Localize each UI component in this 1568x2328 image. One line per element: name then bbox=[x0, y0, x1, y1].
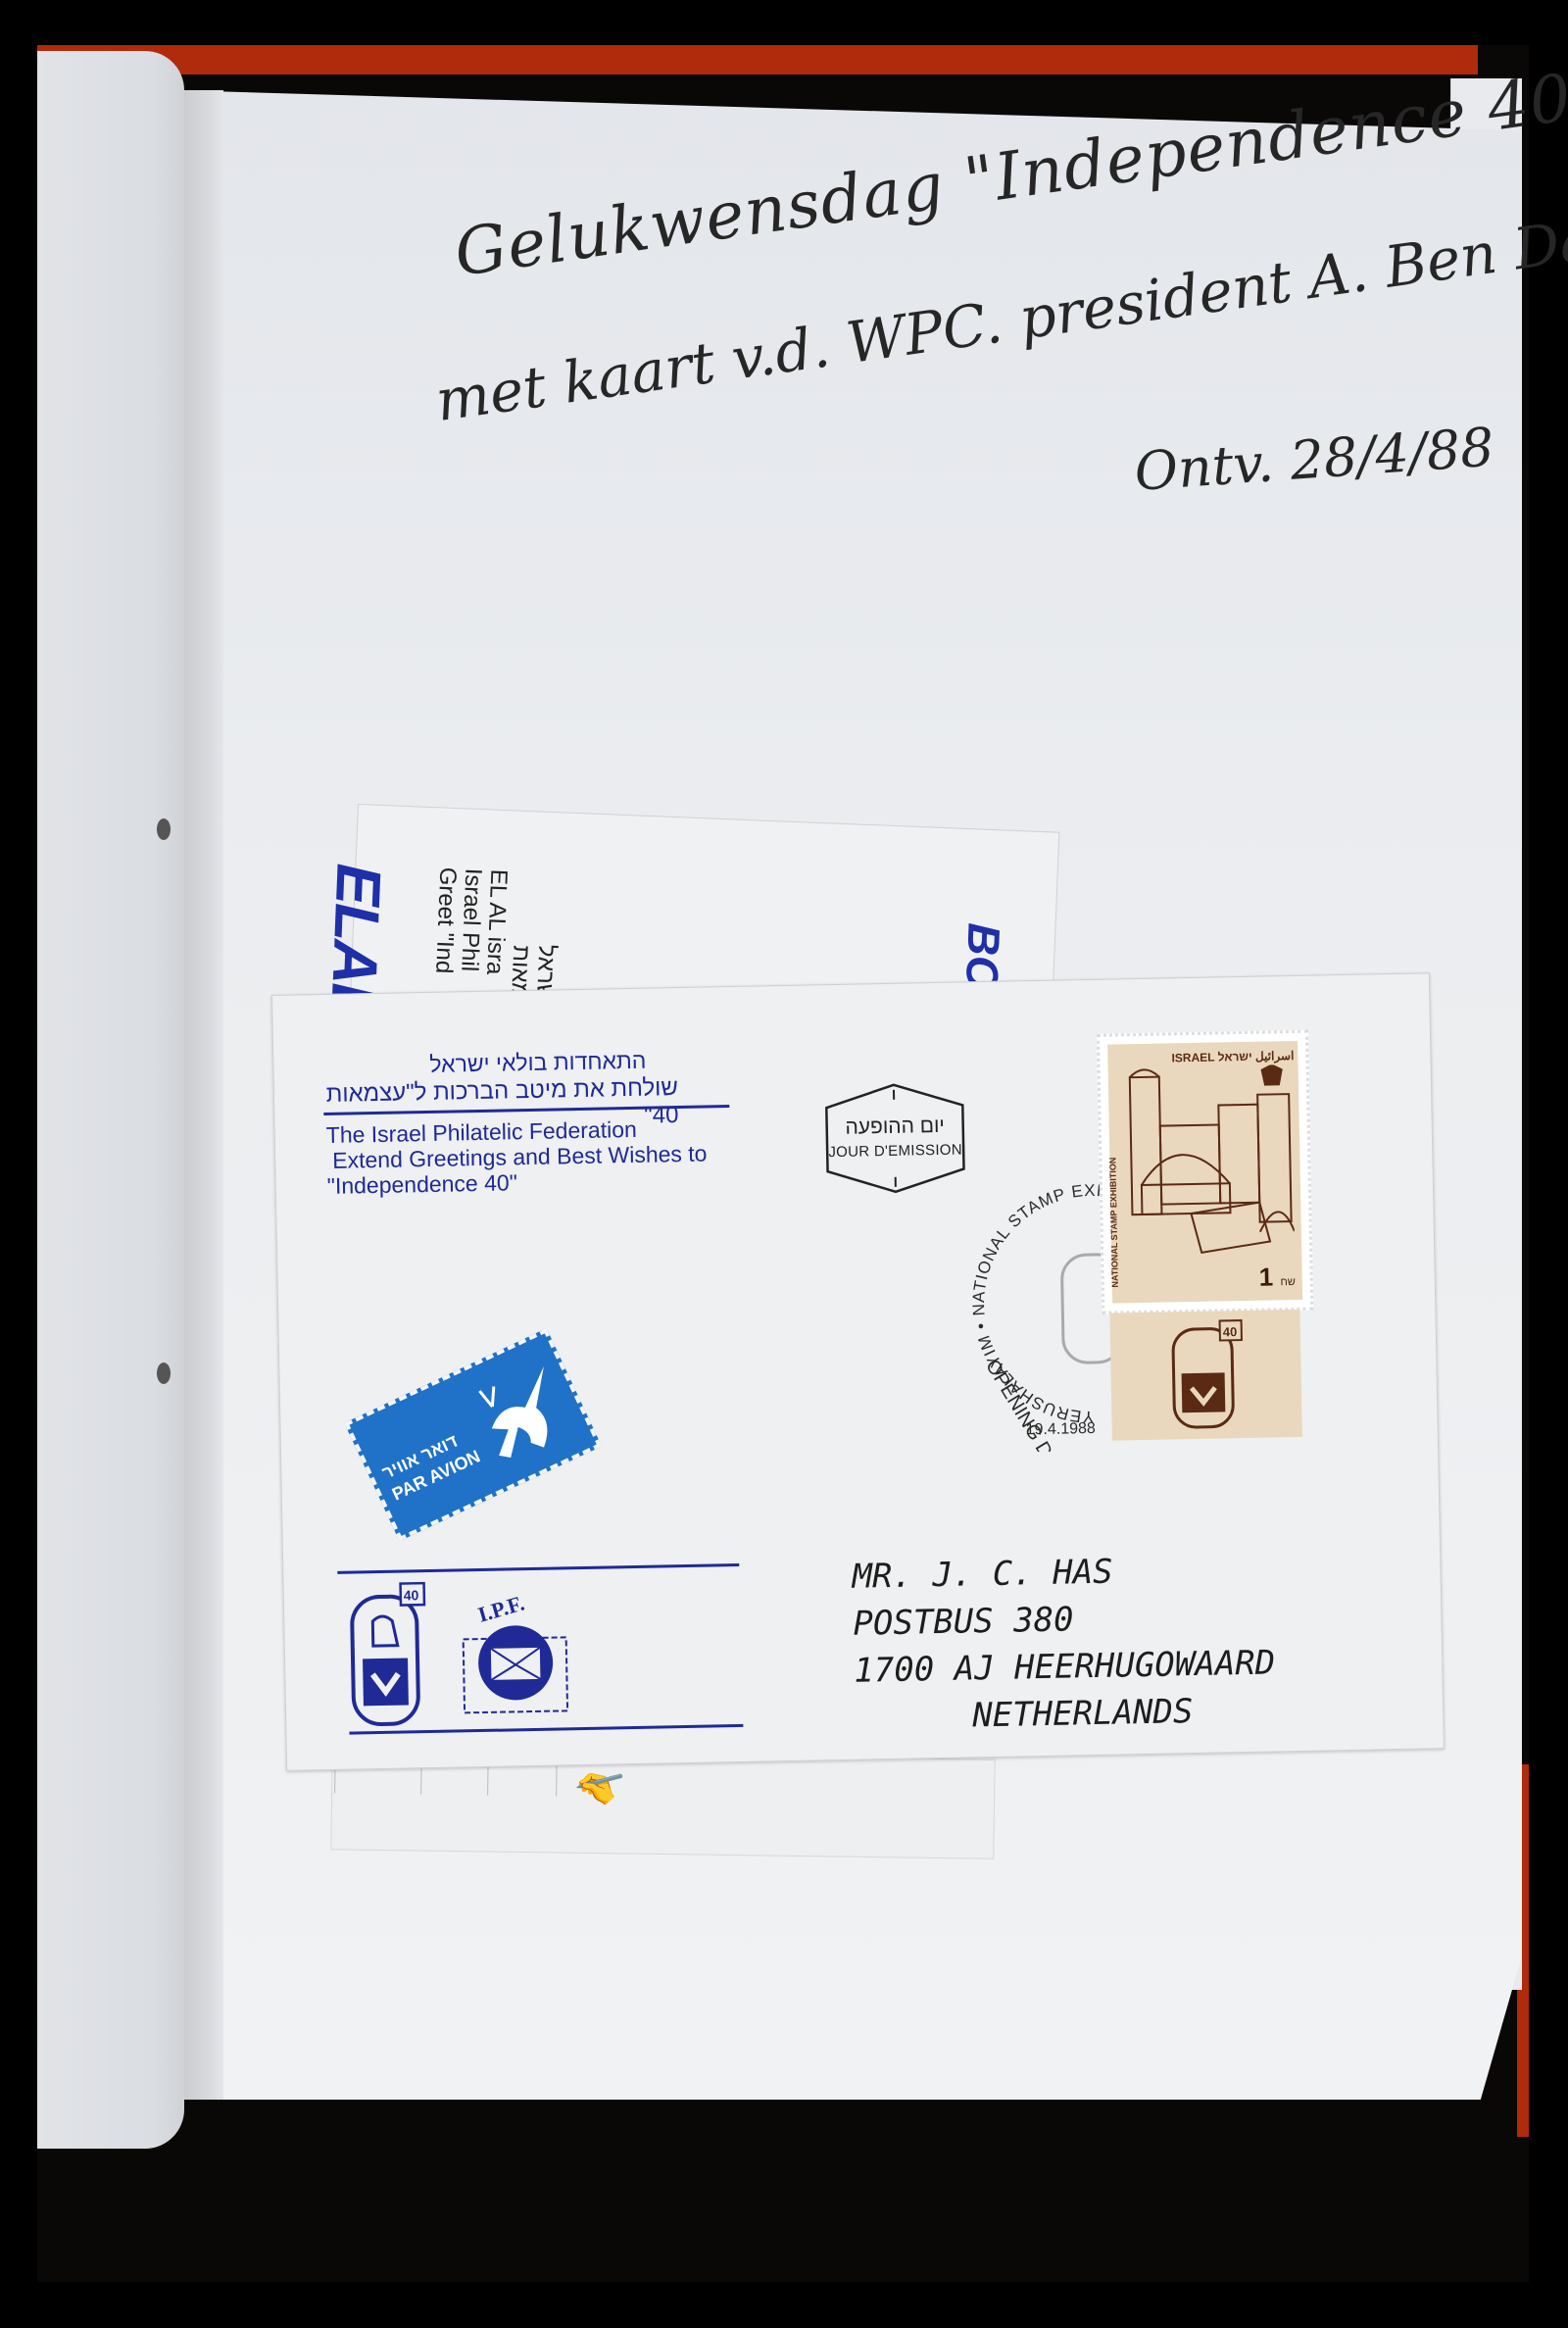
ipf-logo-icon: I.P.F. bbox=[451, 1593, 580, 1722]
svg-text:40: 40 bbox=[404, 1587, 419, 1603]
logo-divider-top bbox=[337, 1563, 739, 1574]
stamp-value-number: 1 bbox=[1258, 1262, 1273, 1291]
binder-red-edge-top bbox=[37, 45, 1478, 74]
binder-ring-icon bbox=[157, 1362, 171, 1384]
stamp-country: ISRAEL اسرائيل ישראל bbox=[1127, 1049, 1294, 1065]
stamp-tab: 40 bbox=[1109, 1310, 1301, 1441]
independence-40-emblem-icon: 40 bbox=[1169, 1318, 1249, 1433]
header-english: The Israel Philatelic Federation Extend … bbox=[326, 1115, 709, 1199]
airmail-label: דואר אוויר PAR AVION bbox=[344, 1328, 602, 1541]
first-day-cover-envelope: התאחדות בולאי ישראל שולחת את מיטב הברכות… bbox=[271, 972, 1445, 1771]
address-line: 1700 AJ HEERHUGOWAARD bbox=[854, 1639, 1276, 1694]
binder-ring-icon bbox=[157, 818, 171, 840]
independence-40-logo-icon: 40 bbox=[348, 1581, 429, 1730]
stamp-value: שח 1 bbox=[1258, 1262, 1296, 1293]
building-illustration-icon bbox=[1120, 1065, 1296, 1263]
address-line: MR. J. C. HAS bbox=[852, 1545, 1274, 1600]
stamp-country-en: ISRAEL bbox=[1171, 1051, 1214, 1065]
stamp-side-text: NATIONAL STAMP EXHIBITION bbox=[1107, 1158, 1120, 1288]
stamp-country-ar: اسرائيل bbox=[1255, 1049, 1295, 1064]
recipient-address: MR. J. C. HAS POSTBUS 380 1700 AJ HEERHU… bbox=[852, 1545, 1276, 1741]
cachet-french: JOUR D'EMISSION bbox=[824, 1141, 966, 1161]
stamp-design: ISRAEL اسرائيل ישראל NATIONAL STAMP EXHI… bbox=[1107, 1041, 1302, 1304]
stamp-country-he: ישראל bbox=[1217, 1050, 1251, 1065]
stamp-currency: שח bbox=[1280, 1276, 1296, 1288]
postmark-date: 19.4.1988 bbox=[1025, 1420, 1096, 1438]
postage-stamp: ISRAEL اسرائيل ישראל NATIONAL STAMP EXHI… bbox=[1097, 1030, 1313, 1314]
folded-left-page bbox=[37, 51, 184, 2149]
address-line: NETHERLANDS bbox=[855, 1686, 1277, 1741]
ipf-logo-text: I.P.F. bbox=[475, 1593, 527, 1627]
cachet-hebrew: יום ההופעה bbox=[823, 1114, 965, 1140]
address-line: POSTBUS 380 bbox=[853, 1592, 1275, 1647]
svg-text:40: 40 bbox=[1223, 1324, 1238, 1339]
